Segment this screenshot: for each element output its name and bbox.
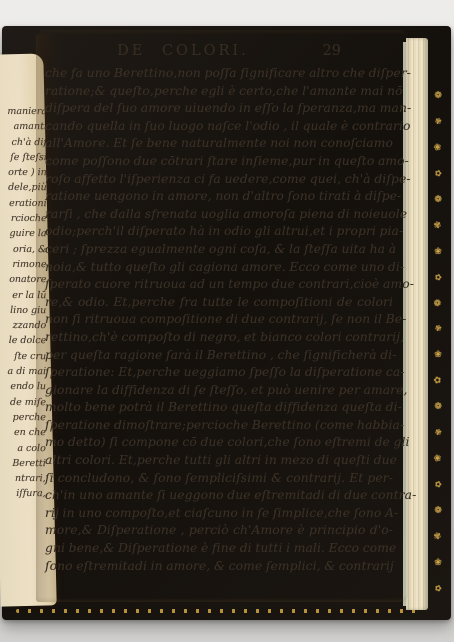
photograph-open-book: ❁✾❀✿❁✾❀✿❁✾❀✿❁✾❀✿❁✾❀✿ manieraamantich'à d… [0, 0, 454, 642]
gilt-flower-icon: ✾ [434, 429, 443, 439]
text-line: odio;perch'il diſperato hà in odio gli a… [45, 223, 393, 241]
text-line: ceri ; ſprezza egualmente ogni coſa, & l… [45, 241, 393, 259]
text-line: all'Amore. Et ſe bene naturalmente noi n… [45, 135, 393, 153]
gilt-flower-icon: ❁ [433, 299, 443, 310]
text-line: gionare la diffidenza di ſe ſteſſo, et p… [45, 382, 393, 400]
gilt-flower-icon: ❀ [433, 143, 443, 154]
text-line: molto bene potrà il Berettino queſta dif… [45, 399, 393, 417]
text-line: cando quella in ſuo luogo naſce l'odio ,… [45, 118, 393, 136]
page-text-block: che fa uno Berettino,non poſſa ſignifica… [45, 65, 393, 575]
gilt-flower-icon: ✾ [434, 118, 443, 128]
gilt-flower-icon: ✿ [434, 169, 443, 179]
gilt-flower-icon: ❁ [434, 92, 442, 101]
text-line: ſperatione dimoſtrare;percioche Berettin… [45, 417, 393, 435]
gilt-flower-icon: ✾ [433, 532, 443, 543]
text-line: re,& odio. Et,perche fra tutte le compoſ… [45, 294, 393, 312]
text-line: ſono eſtremitadi in amore, & come ſempli… [45, 558, 393, 576]
text-line: noia,& tutto queſto gli cagiona amore. E… [45, 259, 393, 277]
text-line: ſperato cuore ritruoua ad un tempo due c… [45, 276, 393, 294]
gilt-dotted-edge [16, 609, 423, 613]
gilt-flower-icon: ❁ [434, 403, 442, 412]
text-line: rettino,ch'è compoſto di negro, et bianc… [45, 329, 393, 347]
text-line: rij in uno compoſto,et ciaſcuno in ſe ſi… [45, 505, 393, 523]
gilt-flower-icon: ✾ [433, 221, 443, 232]
running-title: DE COLORI. [117, 43, 249, 59]
text-line: per queſta ragione ſarà il Berettino , c… [45, 347, 393, 365]
gilt-flower-icon: ✿ [434, 273, 443, 283]
text-line: ch'in uno amante ſi ueggono due eſtremit… [45, 487, 393, 505]
gilt-flower-icon: ❀ [434, 559, 442, 568]
text-line: mo detto) ſi compone cō due colori,che ſ… [45, 434, 393, 452]
gilt-flower-icon: ✿ [434, 481, 443, 491]
text-line: altri colori. Et,perche tutti gli altri … [45, 452, 393, 470]
text-line: rarſi , che dalla sfrenata uoglia amoroſ… [45, 206, 393, 224]
text-line: ratione uengono in amore, non d'altro ſo… [45, 188, 393, 206]
gilt-flower-icon: ✿ [433, 377, 443, 388]
book-page: DE COLORI. 29 che fa uno Berettino,non p… [36, 34, 408, 602]
text-line: more,& Diſperatione , perciò ch'Amore è … [45, 522, 393, 540]
gilt-flower-icon: ❀ [434, 248, 442, 257]
text-line: ſi concludono, & ſono ſempliciſsimi & co… [45, 470, 393, 488]
text-line: diſpera del ſuo amore uiuendo in eſſo la… [45, 100, 393, 118]
gilt-flower-icon: ❀ [433, 454, 443, 465]
gilt-flower-icon: ✿ [434, 584, 443, 594]
text-line: non ſi ritruoua compoſitione di due cont… [45, 311, 393, 329]
text-line: gni bene,& Diſperatione è fine di tutti … [45, 540, 393, 558]
gilt-flower-icon: ❁ [434, 507, 442, 516]
gilt-flower-icon: ❀ [434, 351, 442, 360]
gilt-flower-icon: ✾ [434, 325, 443, 335]
gilt-flower-icon: ❁ [434, 196, 442, 205]
gilt-ornament-border: ❁✾❀✿❁✾❀✿❁✾❀✿❁✾❀✿❁✾❀✿ [427, 92, 449, 594]
text-line: come poſſono due cōtrari ſtare inſieme,p… [45, 153, 393, 171]
text-line: ratione;& queſto,perche egli è certo,che… [45, 83, 393, 101]
text-line: ſperatione: Et,perche ueggiamo ſpeſſo la… [45, 364, 393, 382]
text-line: che fa uno Berettino,non poſſa ſignifica… [45, 65, 393, 83]
page-header: DE COLORI. 29 [36, 43, 408, 63]
text-line: roſo affetto l'iſperienza ci fa uedere,c… [45, 171, 393, 189]
page-number: 29 [323, 43, 341, 59]
